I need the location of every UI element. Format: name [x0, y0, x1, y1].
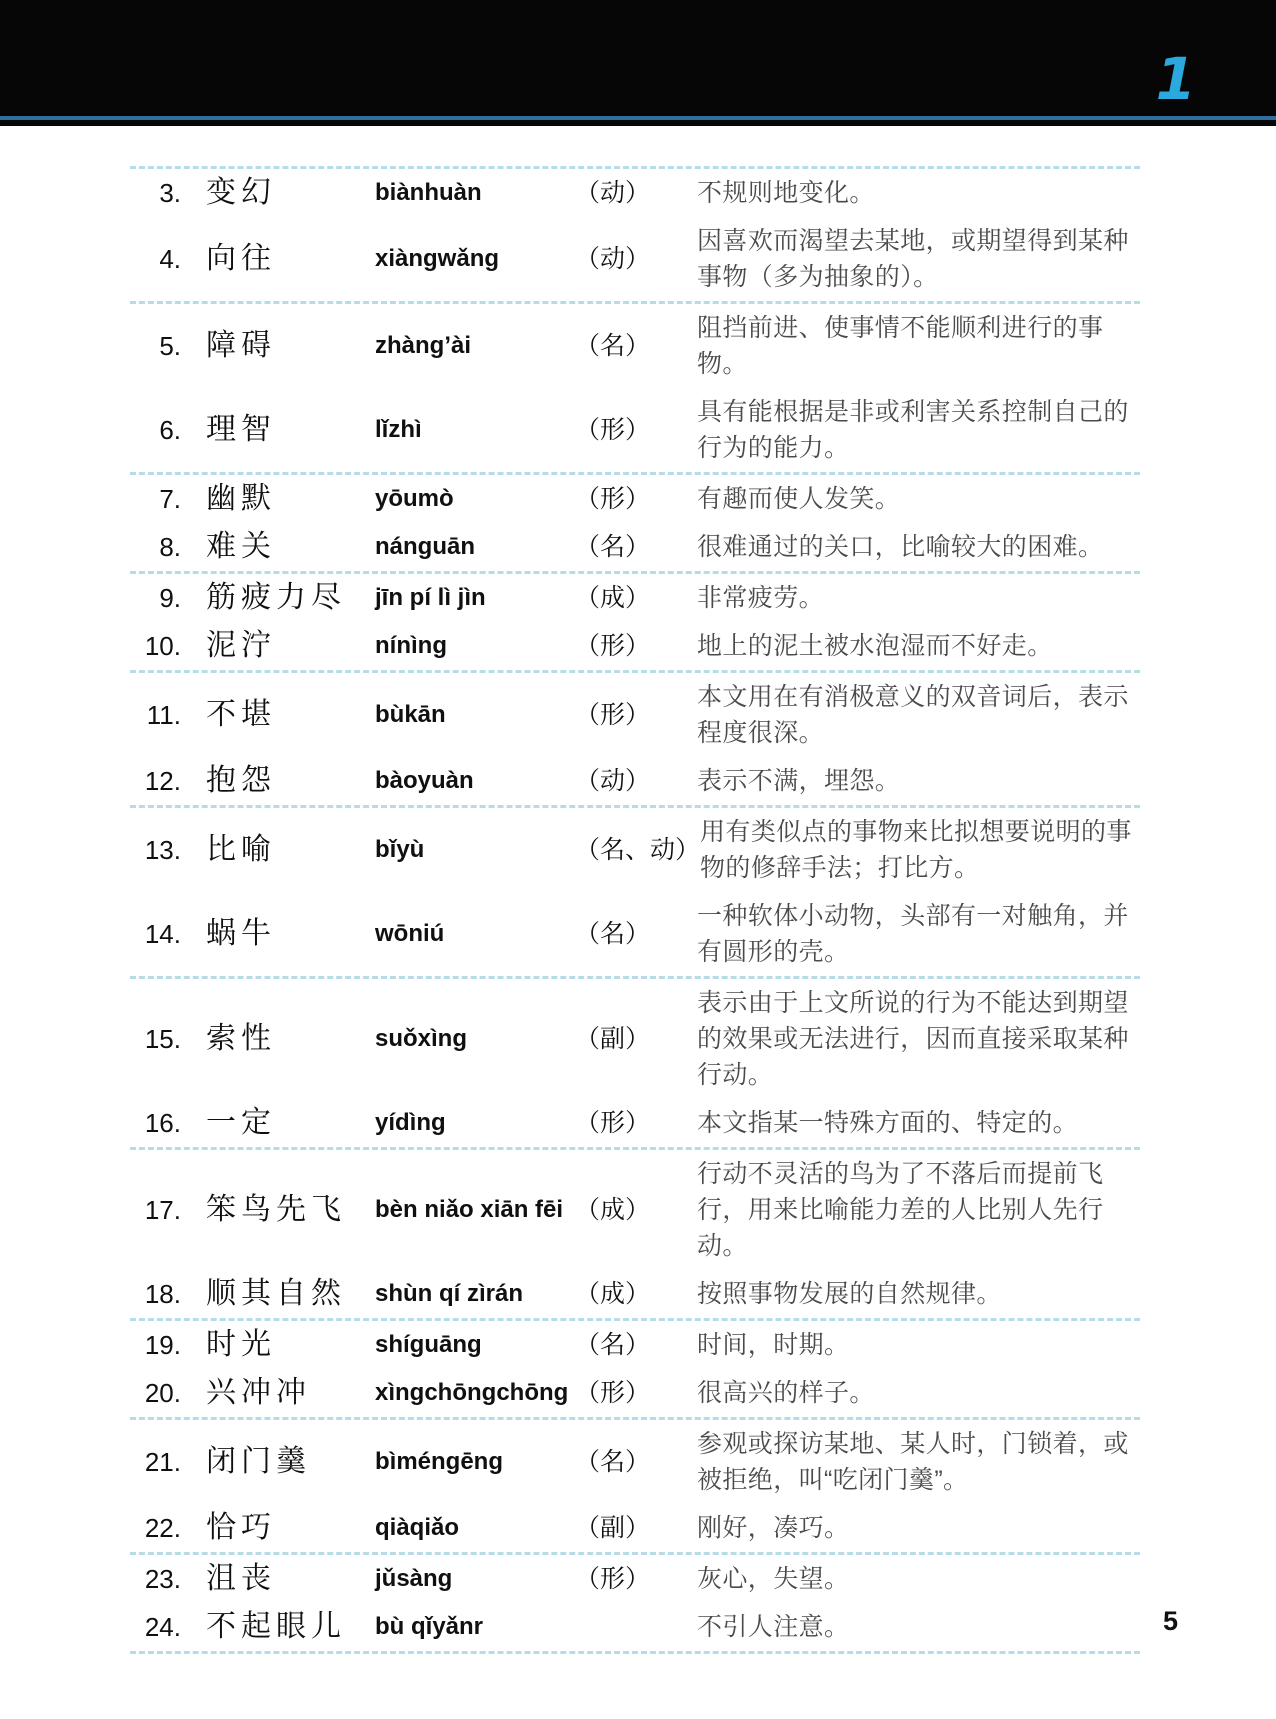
- entry-word: 恰巧: [206, 1510, 375, 1546]
- page-number: 5: [1163, 1608, 1178, 1635]
- entry-word: 障碍: [206, 328, 375, 364]
- entry-number: 5.: [130, 328, 181, 364]
- vocab-row: 17. 笨鸟先飞 bèn niǎo xiān fēi （成） 行动不灵活的鸟为了…: [130, 1150, 1140, 1270]
- entry-pos: （副）: [575, 1021, 697, 1057]
- entry-number: 3.: [130, 175, 181, 211]
- entry-definition: 本文用在有消极意义的双音词后，表示程度很深。: [697, 679, 1140, 751]
- entry-word: 不起眼儿: [206, 1609, 375, 1645]
- entry-pinyin: bǐyù: [375, 832, 575, 868]
- entry-number: 14.: [130, 916, 181, 952]
- vocab-row: 19. 时光 shíguāng （名） 时间，时期。: [130, 1321, 1140, 1369]
- entry-word: 抱怨: [206, 763, 375, 799]
- dashed-divider: [130, 1651, 1140, 1654]
- entry-definition: 一种软体小动物，头部有一对触角，并有圆形的壳。: [697, 898, 1140, 970]
- entry-pinyin: bàoyuàn: [375, 763, 575, 799]
- entry-word: 顺其自然: [206, 1276, 375, 1312]
- entry-pinyin: biànhuàn: [375, 175, 575, 211]
- entry-pos: （名）: [575, 1327, 697, 1363]
- entry-pinyin: nínìng: [375, 628, 575, 664]
- entry-pinyin: yídìng: [375, 1105, 575, 1141]
- entry-pos: （形）: [575, 628, 697, 664]
- entry-definition: 本文指某一特殊方面的、特定的。: [697, 1105, 1140, 1141]
- vocab-row: 6. 理智 lǐzhì （形） 具有能根据是非或利害关系控制自己的行为的能力。: [130, 388, 1140, 472]
- chapter-number: 1: [1156, 50, 1196, 108]
- entry-pinyin: bùkān: [375, 697, 575, 733]
- entry-pos: （名、动）: [575, 832, 700, 868]
- entry-definition: 因喜欢而渴望去某地，或期望得到某种事物（多为抽象的）。: [697, 223, 1140, 295]
- vocab-row: 12. 抱怨 bàoyuàn （动） 表示不满，埋怨。: [130, 757, 1140, 805]
- entry-pos: （成）: [575, 1192, 697, 1228]
- entry-definition: 用有类似点的事物来比拟想要说明的事物的修辞手法；打比方。: [700, 814, 1140, 886]
- entry-definition: 阻挡前进、使事情不能顺利进行的事物。: [697, 310, 1140, 382]
- entry-definition: 行动不灵活的鸟为了不落后而提前飞行，用来比喻能力差的人比别人先行动。: [697, 1156, 1140, 1264]
- entry-pinyin: zhàng’ài: [375, 328, 575, 364]
- vocab-row: 10. 泥泞 nínìng （形） 地上的泥土被水泡湿而不好走。: [130, 622, 1140, 670]
- vocab-row: 16. 一定 yídìng （形） 本文指某一特殊方面的、特定的。: [130, 1099, 1140, 1147]
- entry-pinyin: shùn qí zìrán: [375, 1276, 575, 1312]
- entry-pos: （成）: [575, 580, 697, 616]
- header-blue-rule: [0, 116, 1276, 120]
- chapter-header: 1: [0, 0, 1276, 126]
- entry-number: 6.: [130, 412, 181, 448]
- entry-number: 10.: [130, 628, 181, 664]
- entry-word: 向往: [206, 241, 375, 277]
- entry-pos: （形）: [575, 1561, 697, 1597]
- entry-pos: （形）: [575, 1105, 697, 1141]
- vocab-list: 3. 变幻 biànhuàn （动） 不规则地变化。 4. 向往 xiàngwǎ…: [130, 166, 1140, 1654]
- entry-pinyin: bèn niǎo xiān fēi: [375, 1192, 575, 1228]
- entry-number: 12.: [130, 763, 181, 799]
- entry-definition: 地上的泥土被水泡湿而不好走。: [697, 628, 1140, 664]
- entry-pinyin: qiàqiǎo: [375, 1510, 575, 1546]
- entry-pinyin: xìngchōngchōng: [375, 1375, 575, 1411]
- vocab-row: 14. 蜗牛 wōniú （名） 一种软体小动物，头部有一对触角，并有圆形的壳。: [130, 892, 1140, 976]
- entry-number: 21.: [130, 1444, 181, 1480]
- entry-pos: （动）: [575, 175, 697, 211]
- entry-number: 17.: [130, 1192, 181, 1228]
- vocab-row: 20. 兴冲冲 xìngchōngchōng （形） 很高兴的样子。: [130, 1369, 1140, 1417]
- entry-word: 一定: [206, 1105, 375, 1141]
- entry-word: 变幻: [206, 175, 375, 211]
- vocab-row: 3. 变幻 biànhuàn （动） 不规则地变化。: [130, 169, 1140, 217]
- entry-pinyin: shíguāng: [375, 1327, 575, 1363]
- entry-pos: （形）: [575, 481, 697, 517]
- entry-pos: （动）: [575, 763, 697, 799]
- entry-pos: （名）: [575, 529, 697, 565]
- entry-pinyin: suǒxìng: [375, 1021, 575, 1057]
- entry-definition: 表示不满，埋怨。: [697, 763, 1140, 799]
- entry-word: 蜗牛: [206, 916, 375, 952]
- entry-definition: 很难通过的关口，比喻较大的困难。: [697, 529, 1140, 565]
- vocab-row: 15. 索性 suǒxìng （副） 表示由于上文所说的行为不能达到期望的效果或…: [130, 979, 1140, 1099]
- entry-number: 13.: [130, 832, 181, 868]
- vocab-row: 13. 比喻 bǐyù （名、动） 用有类似点的事物来比拟想要说明的事物的修辞手…: [130, 808, 1140, 892]
- entry-number: 23.: [130, 1561, 181, 1597]
- entry-pos: （名）: [575, 328, 697, 364]
- entry-number: 20.: [130, 1375, 181, 1411]
- entry-definition: 不规则地变化。: [697, 175, 1140, 211]
- entry-word: 时光: [206, 1327, 375, 1363]
- textbook-page: 1 3. 变幻 biànhuàn （动） 不规则地变化。 4. 向往 xiàng…: [0, 0, 1276, 1719]
- entry-definition: 参观或探访某地、某人时，门锁着，或被拒绝，叫“吃闭门羹”。: [697, 1426, 1140, 1498]
- vocab-row: 22. 恰巧 qiàqiǎo （副） 刚好，凑巧。: [130, 1504, 1140, 1552]
- entry-pos: （名）: [575, 916, 697, 952]
- entry-number: 24.: [130, 1609, 181, 1645]
- entry-definition: 非常疲劳。: [697, 580, 1140, 616]
- entry-pinyin: jǔsàng: [375, 1561, 575, 1597]
- entry-word: 泥泞: [206, 628, 375, 664]
- vocab-row: 8. 难关 nánguān （名） 很难通过的关口，比喻较大的困难。: [130, 523, 1140, 571]
- vocab-row: 18. 顺其自然 shùn qí zìrán （成） 按照事物发展的自然规律。: [130, 1270, 1140, 1318]
- entry-definition: 表示由于上文所说的行为不能达到期望的效果或无法进行，因而直接采取某种行动。: [697, 985, 1140, 1093]
- entry-definition: 时间，时期。: [697, 1327, 1140, 1363]
- entry-word: 不堪: [206, 697, 375, 733]
- entry-word: 幽默: [206, 481, 375, 517]
- entry-definition: 不引人注意。: [697, 1609, 1140, 1645]
- entry-number: 15.: [130, 1021, 181, 1057]
- entry-pinyin: bù qǐyǎnr: [375, 1609, 575, 1645]
- entry-number: 8.: [130, 529, 181, 565]
- entry-pinyin: wōniú: [375, 916, 575, 952]
- entry-definition: 具有能根据是非或利害关系控制自己的行为的能力。: [697, 394, 1140, 466]
- vocab-row: 24. 不起眼儿 bù qǐyǎnr 不引人注意。: [130, 1603, 1140, 1651]
- entry-definition: 有趣而使人发笑。: [697, 481, 1140, 517]
- entry-number: 19.: [130, 1327, 181, 1363]
- entry-number: 7.: [130, 481, 181, 517]
- vocab-row: 7. 幽默 yōumò （形） 有趣而使人发笑。: [130, 475, 1140, 523]
- entry-pos: （成）: [575, 1276, 697, 1312]
- entry-number: 22.: [130, 1510, 181, 1546]
- entry-definition: 灰心，失望。: [697, 1561, 1140, 1597]
- vocab-row: 21. 闭门羹 bìméngēng （名） 参观或探访某地、某人时，门锁着，或被…: [130, 1420, 1140, 1504]
- entry-number: 16.: [130, 1105, 181, 1141]
- entry-pos: （形）: [575, 1375, 697, 1411]
- entry-pos: （形）: [575, 412, 697, 448]
- entry-word: 筋疲力尽: [206, 580, 375, 616]
- vocab-row: 11. 不堪 bùkān （形） 本文用在有消极意义的双音词后，表示程度很深。: [130, 673, 1140, 757]
- entry-definition: 很高兴的样子。: [697, 1375, 1140, 1411]
- entry-pinyin: yōumò: [375, 481, 575, 517]
- entry-number: 11.: [130, 697, 181, 733]
- entry-word: 笨鸟先飞: [206, 1192, 375, 1228]
- entry-pos: （名）: [575, 1444, 697, 1480]
- entry-number: 4.: [130, 241, 181, 277]
- entry-pinyin: jīn pí lì jìn: [375, 580, 575, 616]
- entry-pinyin: xiàngwǎng: [375, 241, 575, 277]
- vocab-row: 5. 障碍 zhàng’ài （名） 阻挡前进、使事情不能顺利进行的事物。: [130, 304, 1140, 388]
- entry-pos: （形）: [575, 697, 697, 733]
- entry-number: 9.: [130, 580, 181, 616]
- vocab-row: 9. 筋疲力尽 jīn pí lì jìn （成） 非常疲劳。: [130, 574, 1140, 622]
- vocab-row: 23. 沮丧 jǔsàng （形） 灰心，失望。: [130, 1555, 1140, 1603]
- entry-pos: （动）: [575, 241, 697, 277]
- entry-pinyin: lǐzhì: [375, 412, 575, 448]
- entry-number: 18.: [130, 1276, 181, 1312]
- entry-word: 比喻: [206, 832, 375, 868]
- entry-pos: （副）: [575, 1510, 697, 1546]
- entry-pinyin: bìméngēng: [375, 1444, 575, 1480]
- entry-word: 闭门羹: [206, 1444, 375, 1480]
- entry-definition: 按照事物发展的自然规律。: [697, 1276, 1140, 1312]
- vocab-row: 4. 向往 xiàngwǎng （动） 因喜欢而渴望去某地，或期望得到某种事物（…: [130, 217, 1140, 301]
- entry-word: 兴冲冲: [206, 1375, 375, 1411]
- entry-word: 索性: [206, 1021, 375, 1057]
- entry-word: 理智: [206, 412, 375, 448]
- entry-definition: 刚好，凑巧。: [697, 1510, 1140, 1546]
- entry-word: 沮丧: [206, 1561, 375, 1597]
- entry-pinyin: nánguān: [375, 529, 575, 565]
- entry-word: 难关: [206, 529, 375, 565]
